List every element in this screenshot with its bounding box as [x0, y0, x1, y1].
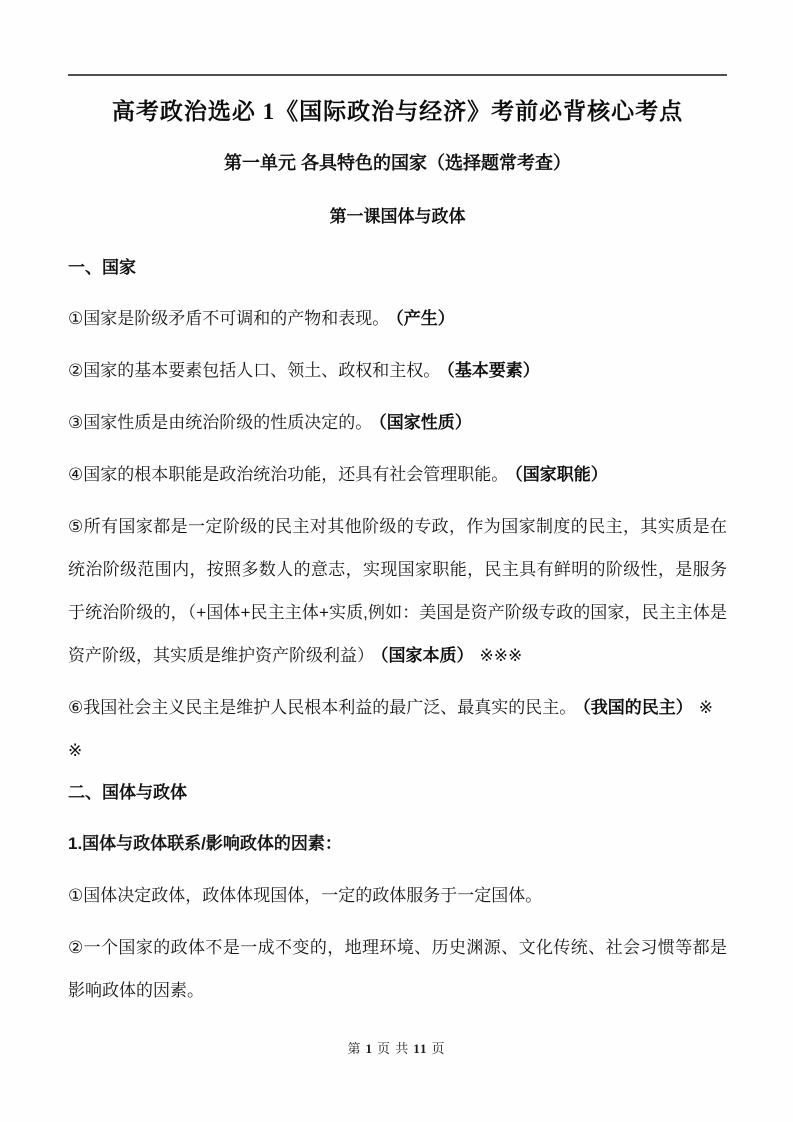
paragraph-text: ③国家性质是由统治阶级的性质决定的。	[68, 413, 372, 432]
keyword-bold: （产生）	[395, 309, 455, 328]
header-divider-rule	[68, 74, 727, 76]
emphasis-marks: ※※※	[480, 646, 523, 665]
paragraph-item-6: ⑥我国社会主义民主是维护人民根本利益的最广泛、最真实的民主。（我国的民主）※※	[68, 686, 727, 772]
emphasis-mark: ※	[699, 698, 713, 717]
paragraph-item-8: ②一个国家的政体不是一成不变的，地理环境、历史渊源、文化传统、社会习惯等都是影响…	[68, 926, 727, 1012]
keyword-bold: （我国的民主）	[582, 698, 693, 717]
page-number: 1	[365, 1041, 373, 1056]
paragraph-text: ④国家的根本职能是政治统治功能，还具有社会管理职能。	[68, 465, 508, 484]
lesson-heading: 第一课国体与政体	[68, 205, 727, 229]
doc-title: 高考政治选必 1《国际政治与经济》考前必背核心考点	[68, 97, 727, 127]
keyword-bold: （国家本质）	[380, 646, 474, 665]
section-one-heading: 一、国家	[68, 256, 727, 280]
subheading-factors: 1.国体与政体联系/影响政体的因素：	[68, 822, 727, 865]
unit-subtitle: 第一单元 各具特色的国家（选择题常考查）	[68, 151, 727, 175]
footer-prefix: 第	[347, 1041, 361, 1056]
paragraph-item-1: ①国家是阶级矛盾不可调和的产物和表现。（产生）	[68, 297, 727, 340]
footer-suffix: 页	[432, 1041, 446, 1056]
paragraph-text: ①国家是阶级矛盾不可调和的产物和表现。	[68, 309, 389, 328]
keyword-bold: （基本要素）	[446, 361, 540, 380]
paragraph-item-3: ③国家性质是由统治阶级的性质决定的。（国家性质）	[68, 401, 727, 444]
paragraph-text: ②国家的基本要素包括人口、领土、政权和主权。	[68, 361, 440, 380]
paragraph-item-5: ⑤所有国家都是一定阶级的民主对其他阶级的专政，作为国家制度的民主，其实质是在统治…	[68, 505, 727, 677]
section-two-heading: 二、国体与政体	[68, 781, 727, 805]
paragraph-text: ⑤所有国家都是一定阶级的民主对其他阶级的专政，作为国家制度的民主，其实质是在统治…	[68, 517, 727, 665]
paragraph-item-7: ①国体决定政体，政体体现国体，一定的政体服务于一定国体。	[68, 874, 727, 917]
paragraph-text: ⑥我国社会主义民主是维护人民根本利益的最广泛、最真实的民主。	[68, 698, 576, 717]
keyword-bold: （国家性质）	[378, 413, 472, 432]
total-pages: 11	[413, 1041, 427, 1056]
emphasis-mark-wrapped: ※	[68, 741, 82, 760]
paragraph-item-2: ②国家的基本要素包括人口、领土、政权和主权。（基本要素）	[68, 349, 727, 392]
keyword-bold: （国家职能）	[514, 465, 608, 484]
paragraph-item-4: ④国家的根本职能是政治统治功能，还具有社会管理职能。（国家职能）	[68, 453, 727, 496]
footer-middle: 页 共	[377, 1041, 409, 1056]
page-footer: 第1页 共11页	[0, 1038, 793, 1057]
document-page: 高考政治选必 1《国际政治与经济》考前必背核心考点 第一单元 各具特色的国家（选…	[0, 0, 793, 1122]
